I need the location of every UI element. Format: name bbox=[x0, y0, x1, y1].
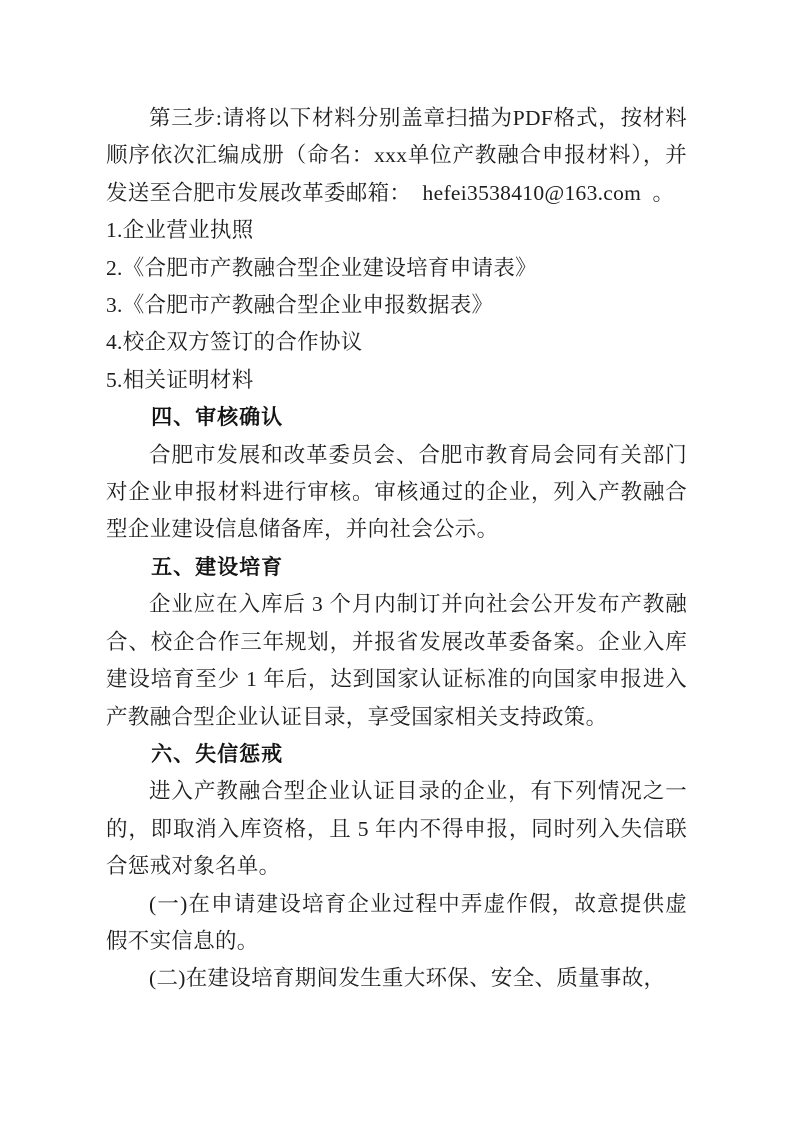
section-heading-review-confirmation: 四、审核确认 bbox=[106, 399, 687, 436]
paragraph-dishonesty-item-1: (一)在申请建设培育企业过程中弄虚作假，故意提供虚假不实信息的。 bbox=[106, 886, 687, 961]
paragraph-construction-cultivation: 企业应在入库后 3 个月内制订并向社会公开发布产教融合、校企合作三年规划，并报省… bbox=[106, 586, 687, 736]
section-heading-dishonesty-punishment: 六、失信惩戒 bbox=[106, 736, 687, 773]
section-heading-construction-cultivation: 五、建设培育 bbox=[106, 549, 687, 586]
paragraph-step-three: 第三步:请将以下材料分别盖章扫描为PDF格式，按材料顺序依次汇编成册（命名：xx… bbox=[106, 100, 687, 212]
paragraph-dishonesty-intro: 进入产教融合型企业认证目录的企业，有下列情况之一的，即取消入库资格，且 5 年内… bbox=[106, 773, 687, 885]
material-list-item-5: 5.相关证明材料 bbox=[106, 362, 687, 399]
document-page: 第三步:请将以下材料分别盖章扫描为PDF格式，按材料顺序依次汇编成册（命名：xx… bbox=[0, 0, 793, 1122]
paragraph-review-confirmation: 合肥市发展和改革委员会、合肥市教育局会同有关部门对企业申报材料进行审核。审核通过… bbox=[106, 437, 687, 549]
document-content: 第三步:请将以下材料分别盖章扫描为PDF格式，按材料顺序依次汇编成册（命名：xx… bbox=[106, 100, 687, 998]
material-list-item-2: 2.《合肥市产教融合型企业建设培育申请表》 bbox=[106, 250, 687, 287]
material-list-item-4: 4.校企双方签订的合作协议 bbox=[106, 324, 687, 361]
material-list-item-3: 3.《合肥市产教融合型企业申报数据表》 bbox=[106, 287, 687, 324]
paragraph-dishonesty-item-2: (二)在建设培育期间发生重大环保、安全、质量事故， bbox=[106, 960, 687, 997]
material-list-item-1: 1.企业营业执照 bbox=[106, 212, 687, 249]
